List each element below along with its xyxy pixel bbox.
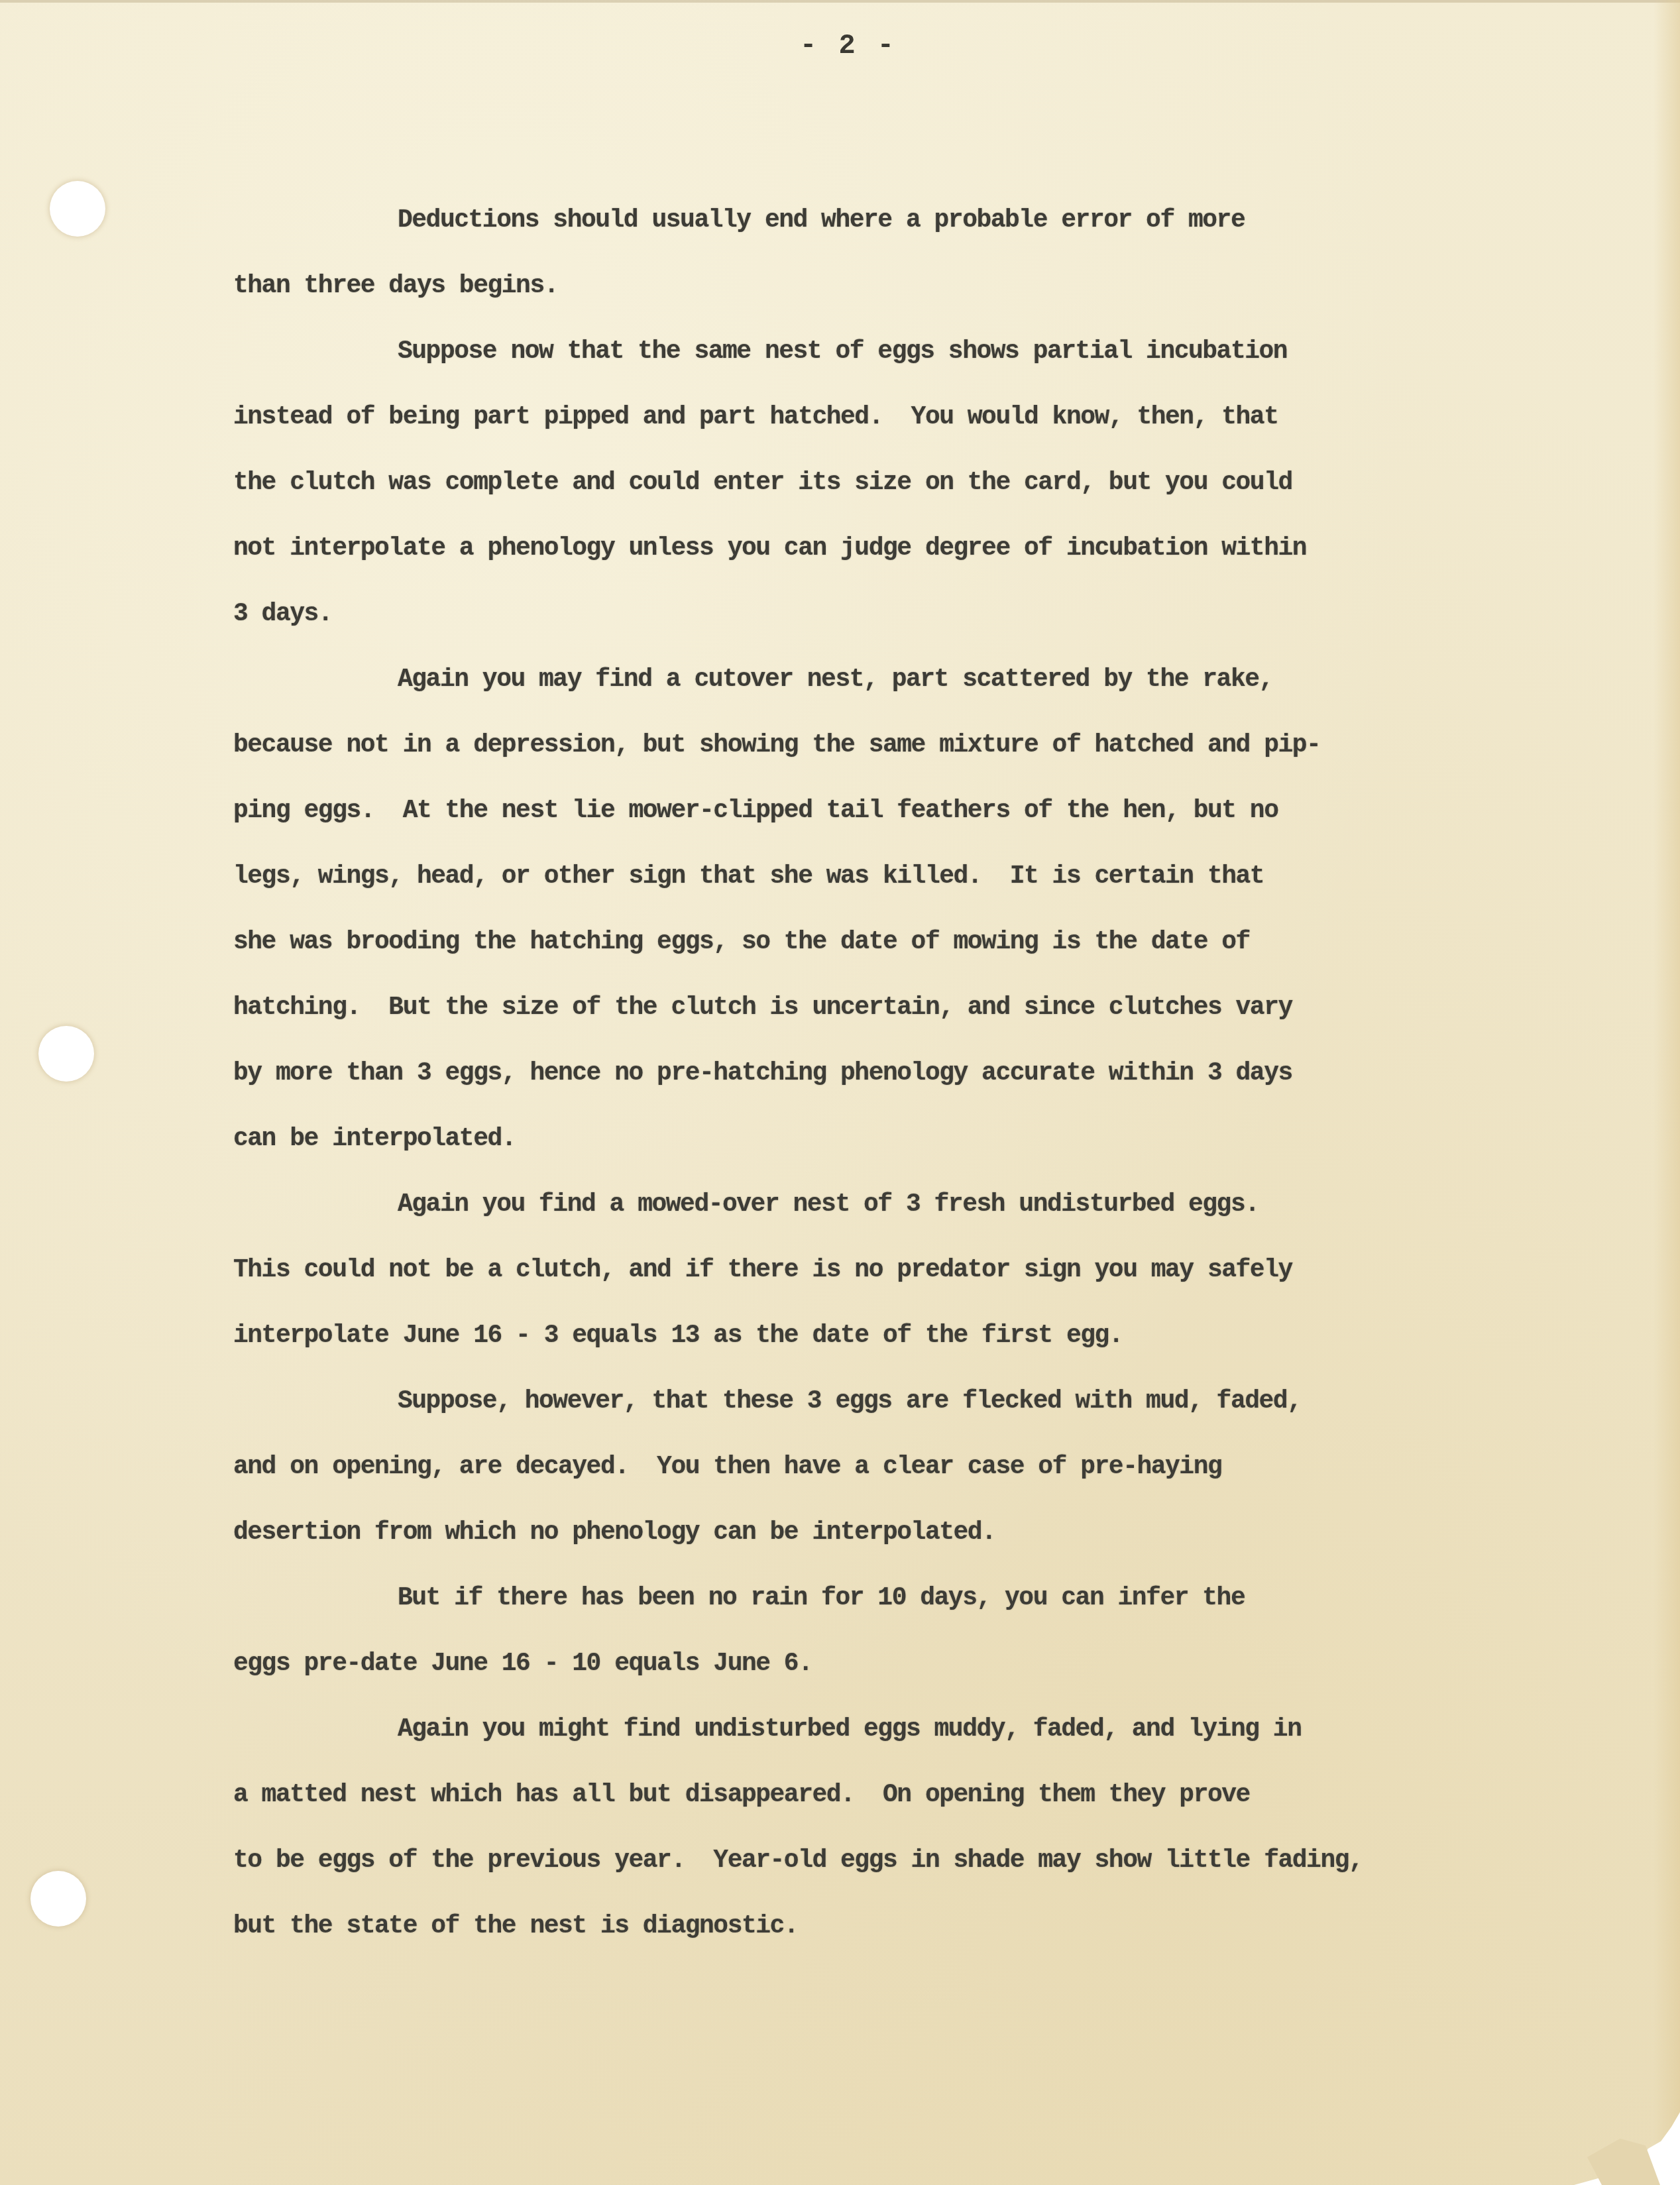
paragraph-1-line-1: Deductions should usually end where a pr… xyxy=(233,188,1572,253)
paragraph-3-line-1: Again you may find a cutover nest, part … xyxy=(233,647,1572,712)
paragraph-7-line-3: to be eggs of the previous year. Year-ol… xyxy=(233,1828,1572,1893)
paragraph-4-line-1: Again you find a mowed-over nest of 3 fr… xyxy=(233,1172,1572,1237)
paragraph-4-line-2: This could not be a clutch, and if there… xyxy=(233,1237,1572,1303)
paragraph-7-line-1: Again you might find undisturbed eggs mu… xyxy=(233,1697,1572,1762)
paragraph-2-line-4: not interpolate a phenology unless you c… xyxy=(233,516,1572,581)
punch-hole-top xyxy=(50,181,105,237)
paragraph-3-line-3: ping eggs. At the nest lie mower-clipped… xyxy=(233,778,1572,844)
paragraph-5-line-2: and on opening, are decayed. You then ha… xyxy=(233,1434,1572,1500)
paragraph-3-line-7: by more than 3 eggs, hence no pre-hatchi… xyxy=(233,1040,1572,1106)
paragraph-1-line-2: than three days begins. xyxy=(233,253,1572,319)
paragraph-5-line-3: desertion from which no phenology can be… xyxy=(233,1500,1572,1565)
paragraph-7-line-2: a matted nest which has all but disappea… xyxy=(233,1762,1572,1828)
paragraph-2-line-3: the clutch was complete and could enter … xyxy=(233,450,1572,516)
document-page: - 2 - Deductions should usually end wher… xyxy=(0,0,1680,2185)
paragraph-3-line-5: she was brooding the hatching eggs, so t… xyxy=(233,909,1572,975)
paragraph-3-line-4: legs, wings, head, or other sign that sh… xyxy=(233,844,1572,909)
paragraph-3-line-2: because not in a depression, but showing… xyxy=(233,712,1572,778)
paragraph-4-line-3: interpolate June 16 - 3 equals 13 as the… xyxy=(233,1303,1572,1369)
paragraph-2-line-1: Suppose now that the same nest of eggs s… xyxy=(233,319,1572,384)
paragraph-7-line-4: but the state of the nest is diagnostic. xyxy=(233,1893,1572,1959)
paragraph-2-line-5: 3 days. xyxy=(233,581,1572,647)
paragraph-6-line-2: eggs pre-date June 16 - 10 equals June 6… xyxy=(233,1631,1572,1697)
punch-hole-middle xyxy=(38,1026,94,1082)
paragraph-3-line-8: can be interpolated. xyxy=(233,1106,1572,1172)
paper-top-edge xyxy=(0,0,1680,3)
typed-body-text: Deductions should usually end where a pr… xyxy=(233,188,1572,1959)
paragraph-6-line-1: But if there has been no rain for 10 day… xyxy=(233,1565,1572,1631)
paragraph-3-line-6: hatching. But the size of the clutch is … xyxy=(233,975,1572,1040)
punch-hole-bottom xyxy=(30,1871,86,1927)
page-number: - 2 - xyxy=(0,30,1680,62)
torn-corner-flap xyxy=(1587,2139,1660,2185)
paper-right-edge xyxy=(1653,0,1680,2185)
paragraph-5-line-1: Suppose, however, that these 3 eggs are … xyxy=(233,1369,1572,1434)
paragraph-2-line-2: instead of being part pipped and part ha… xyxy=(233,384,1572,450)
